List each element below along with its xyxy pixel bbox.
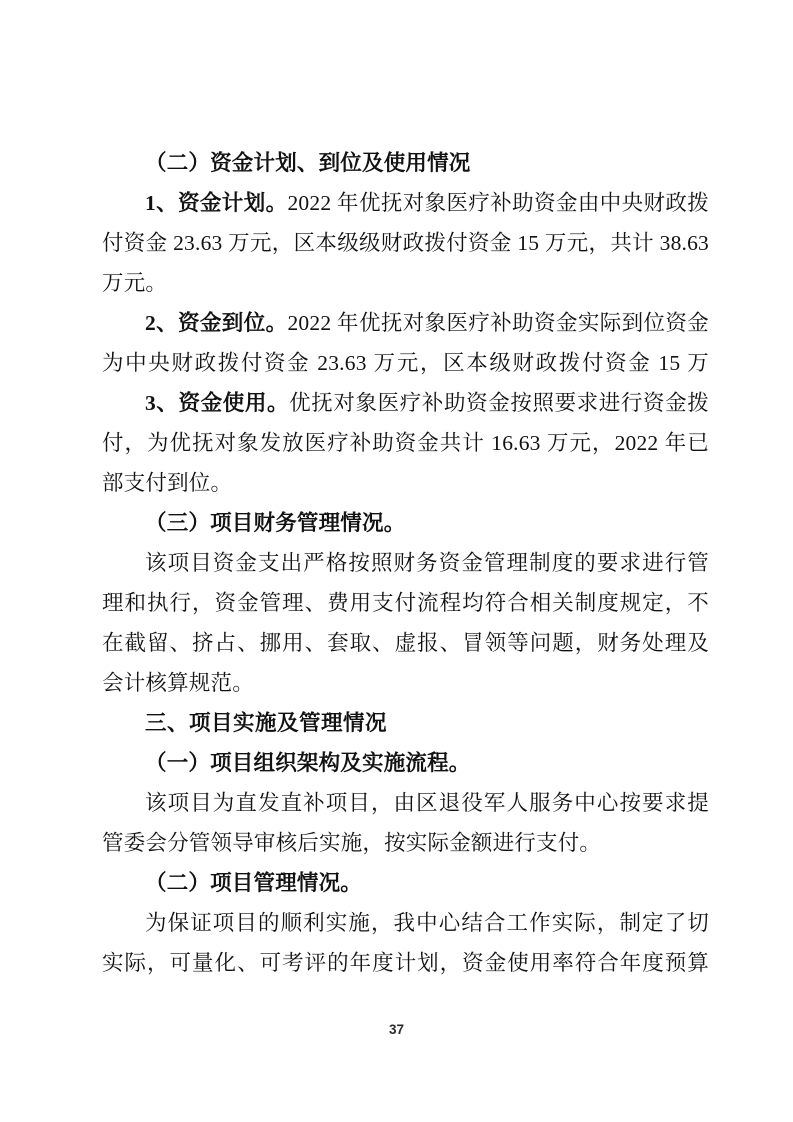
text-run: 为中央财政拨付资金 23.63 万元，区本级财政拨付资金 15 万元。 <box>102 351 709 383</box>
paragraph-line: 在截留、挤占、挪用、套取、虚报、冒领等问题，财务处理及时， <box>102 623 709 663</box>
page-number: 37 <box>0 1021 793 1039</box>
text-run: 理和执行，资金管理、费用支付流程均符合相关制度规定，不存 <box>102 591 709 623</box>
text-run: 2、资金到位。 <box>145 311 287 335</box>
text-run: 3、资金使用。 <box>145 391 289 415</box>
text-run: 2022 年优抚对象医疗补助资金由中央财政拨 <box>287 191 709 215</box>
paragraph-line: 付资金 23.63 万元，区本级级财政拨付资金 15 万元，共计 38.63 <box>102 223 709 263</box>
text-run: （三）项目财务管理情况。 <box>145 511 405 535</box>
paragraph-line: 会计核算规范。 <box>102 663 709 703</box>
text-run: 部支付到位。 <box>102 471 232 495</box>
text-run: 万元。 <box>102 271 167 295</box>
heading-line: （二）资金计划、到位及使用情况 <box>102 143 709 183</box>
text-run: （二）项目管理情况。 <box>145 871 362 895</box>
text-run: 付，为优抚对象发放医疗补助资金共计 16.63 万元，2022 年已全 <box>102 431 709 463</box>
text-run: 在截留、挤占、挪用、套取、虚报、冒领等问题，财务处理及时， <box>102 631 709 663</box>
paragraph-line: 1、资金计划。2022 年优抚对象医疗补助资金由中央财政拨 <box>102 183 709 223</box>
paragraph-line: 理和执行，资金管理、费用支付流程均符合相关制度规定，不存 <box>102 583 709 623</box>
paragraph-line: 2、资金到位。2022 年优抚对象医疗补助资金实际到位资金 <box>102 303 709 343</box>
paragraph-line: 为中央财政拨付资金 23.63 万元，区本级财政拨付资金 15 万元。 <box>102 343 709 383</box>
document-page: （二）资金计划、到位及使用情况1、资金计划。2022 年优抚对象医疗补助资金由中… <box>0 0 793 1122</box>
heading-line: （一）项目组织架构及实施流程。 <box>102 743 709 783</box>
paragraph-line: 付，为优抚对象发放医疗补助资金共计 16.63 万元，2022 年已全 <box>102 423 709 463</box>
text-run: 1、资金计划。 <box>145 191 287 215</box>
heading-line: 三、项目实施及管理情况 <box>102 703 709 743</box>
text-run: 为保证项目的顺利实施，我中心结合工作实际，制定了切合 <box>102 911 709 943</box>
paragraph-line: 实际，可量化、可考评的年度计划，资金使用率符合年度预算要 <box>102 943 709 983</box>
text-run: 优抚对象医疗补助资金按照要求进行资金拨 <box>289 391 709 415</box>
paragraph-line: 万元。 <box>102 263 709 303</box>
text-run: （一）项目组织架构及实施流程。 <box>145 751 471 775</box>
text-run: 实际，可量化、可考评的年度计划，资金使用率符合年度预算要 <box>102 951 709 983</box>
paragraph-line: 部支付到位。 <box>102 463 709 503</box>
text-run: 该项目资金支出严格按照财务资金管理制度的要求进行管 <box>145 551 709 575</box>
text-run: 该项目为直发直补项目，由区退役军人服务中心按要求提交 <box>102 791 709 823</box>
text-run: 付资金 23.63 万元，区本级级财政拨付资金 15 万元，共计 38.63 <box>102 231 709 255</box>
text-run: 三、项目实施及管理情况 <box>145 711 387 735</box>
paragraph-line: 为保证项目的顺利实施，我中心结合工作实际，制定了切合 <box>102 903 709 943</box>
text-run: 2022 年优抚对象医疗补助资金实际到位资金 <box>287 311 709 335</box>
paragraph-line: 该项目资金支出严格按照财务资金管理制度的要求进行管 <box>102 543 709 583</box>
document-content: （二）资金计划、到位及使用情况1、资金计划。2022 年优抚对象医疗补助资金由中… <box>102 143 709 983</box>
heading-line: （二）项目管理情况。 <box>102 863 709 903</box>
text-run: 管委会分管领导审核后实施，按实际金额进行支付。 <box>102 831 601 855</box>
text-run: （二）资金计划、到位及使用情况 <box>145 151 471 175</box>
text-run: 会计核算规范。 <box>102 671 254 695</box>
paragraph-line: 该项目为直发直补项目，由区退役军人服务中心按要求提交 <box>102 783 709 823</box>
paragraph-line: 管委会分管领导审核后实施，按实际金额进行支付。 <box>102 823 709 863</box>
heading-line: （三）项目财务管理情况。 <box>102 503 709 543</box>
paragraph-line: 3、资金使用。优抚对象医疗补助资金按照要求进行资金拨 <box>102 383 709 423</box>
